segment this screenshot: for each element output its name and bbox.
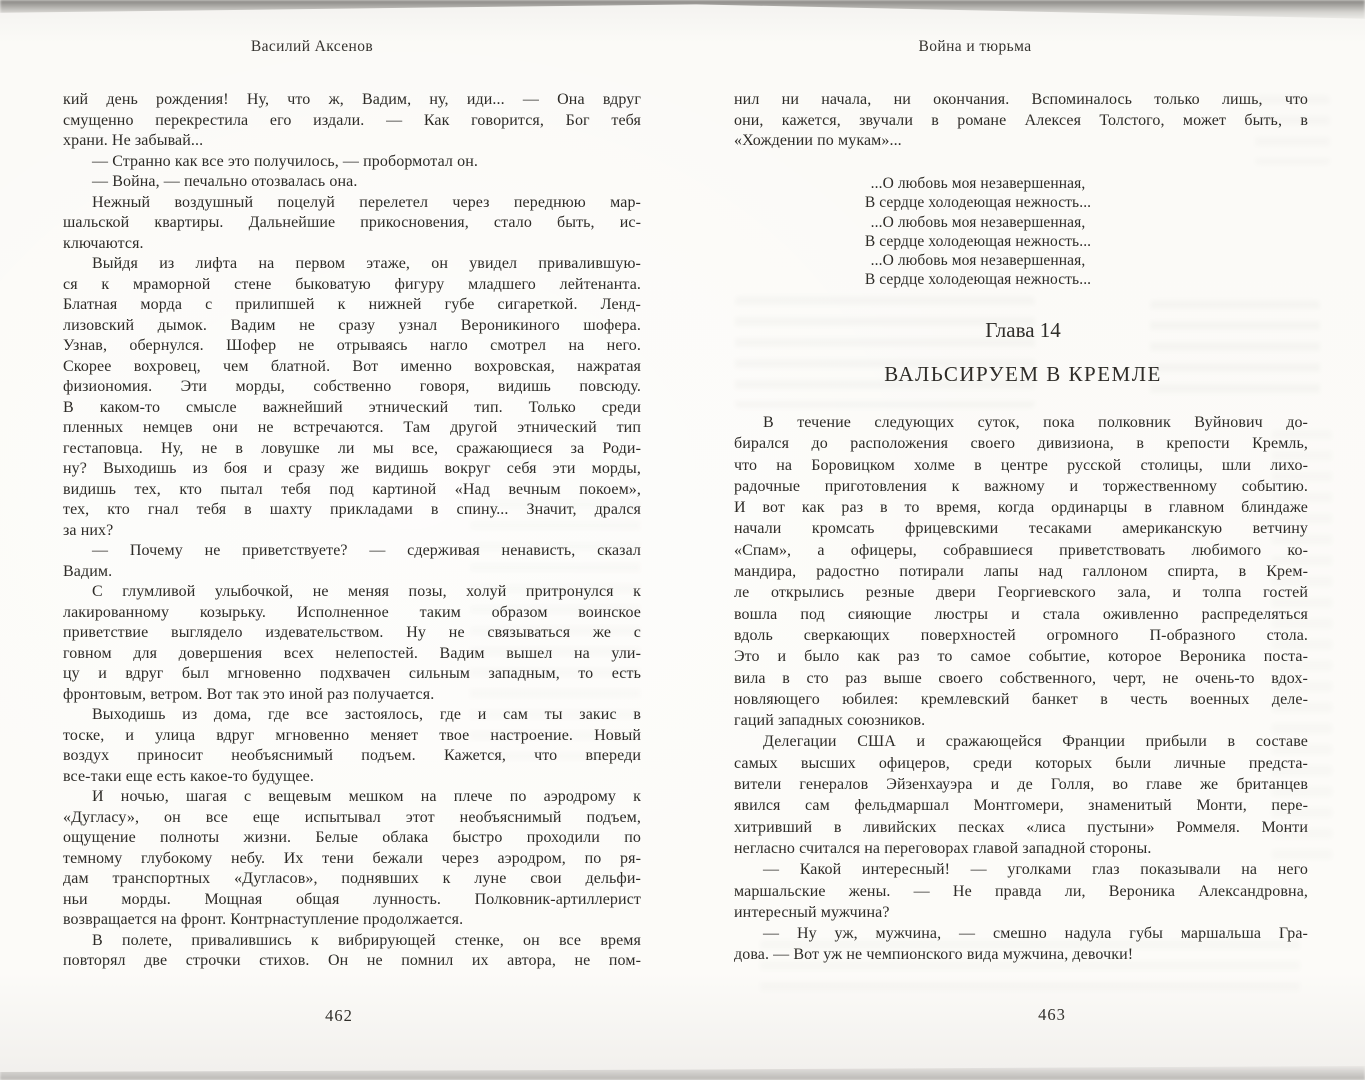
text-line: негласно считался на переговорах главой … bbox=[734, 838, 1308, 859]
scan-edge-bottom bbox=[0, 1064, 1365, 1080]
text-line: видишь тех, кто пытал тебя под картиной … bbox=[63, 480, 641, 501]
text-line: начали кромсать фрицевскими тесаками аме… bbox=[734, 518, 1308, 539]
text-line: они, кажется, звучали в романе Алексея Т… bbox=[734, 111, 1308, 132]
text-line: смущенно перекрестила его издали. — Как … bbox=[63, 111, 641, 132]
text-line: «Спам», а офицеры, собравшиеся приветств… bbox=[734, 540, 1308, 561]
text-line: вдоль сверкающих поверхностей огромного … bbox=[734, 625, 1308, 646]
text-line: фронтовым, ветром. Вот так это иной раз … bbox=[63, 685, 641, 706]
text-line: тех, кто гнал тебя в шахту прикладами в … bbox=[63, 500, 641, 521]
text-line: Нежный воздушный поцелуй перелетел через… bbox=[63, 193, 641, 214]
text-line: В полете, привалившись к вибрирующей сте… bbox=[63, 931, 641, 952]
text-line: темному глубокому небу. Их тени бежали ч… bbox=[63, 849, 641, 870]
text-line: вила в сто раз выше своего собственного,… bbox=[734, 668, 1308, 689]
chapter-number-heading: Глава 14 bbox=[985, 318, 1061, 343]
text-line: пленных немцев они не встречаются. Там д… bbox=[63, 418, 641, 439]
poem-line: В сердце холодеющая нежность... bbox=[768, 270, 1188, 289]
text-line: дам транспортных «Дугласов», поднявших к… bbox=[63, 869, 641, 890]
text-line: «Хождении по мукам»... bbox=[734, 131, 1308, 152]
text-line: интересный мужчина? bbox=[734, 902, 1308, 923]
right-page-text-column: В течение следующих суток, пока полковни… bbox=[734, 412, 1308, 966]
left-page-text-column: кий день рождения! Ну, что ж, Вадим, ну,… bbox=[63, 90, 641, 972]
text-line: кий день рождения! Ну, что ж, Вадим, ну,… bbox=[63, 90, 641, 111]
running-header-author: Василий Аксенов bbox=[251, 38, 373, 56]
text-line: В каком-то смысле важнейший этнический т… bbox=[63, 398, 641, 419]
text-line: гаций западных союзников. bbox=[734, 710, 1308, 731]
text-line: вошла под сияющие люстры и стала оживлен… bbox=[734, 604, 1308, 625]
text-line: возвращается на фронт. Контрнаступление … bbox=[63, 910, 641, 931]
text-line: ощущение полноты жизни. Белые облака быс… bbox=[63, 828, 641, 849]
text-line: нил ни начала, ни окончания. Вспоминалос… bbox=[734, 90, 1308, 111]
text-line: воздух приносит необъяснимый подъем. Каж… bbox=[63, 746, 641, 767]
text-line: — Почему не приветствуете? — сдерживая н… bbox=[63, 541, 641, 562]
text-line: Скорее вохровец, чем блатной. Вот именно… bbox=[63, 357, 641, 378]
text-line: гестаповца. Ну, не в ловушке ли мы все, … bbox=[63, 439, 641, 460]
text-line: новляющего юбилея: кремлевский банкет в … bbox=[734, 689, 1308, 710]
text-line: все-таки еще есть какое-то будущее. bbox=[63, 767, 641, 788]
text-line: тоске, и улица вдруг мгновенно меняет тв… bbox=[63, 726, 641, 747]
scan-edge-top bbox=[0, 0, 1365, 22]
text-line: Выйдя из лифта на первом этаже, он увиде… bbox=[63, 254, 641, 275]
text-line: ле открылись резные двери Георгиевского … bbox=[734, 582, 1308, 603]
text-line: маршальские жены. — Не правда ли, Верони… bbox=[734, 881, 1308, 902]
verso-bleed-through bbox=[1150, 300, 1320, 395]
poem-line: ...О любовь моя незавершенная, bbox=[768, 174, 1188, 193]
text-line: бирался до расположения своего дивизиона… bbox=[734, 433, 1308, 454]
text-line: ну? Выходишь из боя и сразу же видишь во… bbox=[63, 459, 641, 480]
text-line: за них? bbox=[63, 521, 641, 542]
text-line: физиономия. Эти морды, собственно говоря… bbox=[63, 377, 641, 398]
text-line: «Дугласу», он все еще испытывал этот нео… bbox=[63, 808, 641, 829]
text-line: приветствие выглядело издевательством. Н… bbox=[63, 623, 641, 644]
page-number-left: 462 bbox=[325, 1006, 353, 1026]
text-line: И ночью, шагая с вещевым мешком на плече… bbox=[63, 787, 641, 808]
text-line: лизовский дымок. Вадим не сразу узнал Ве… bbox=[63, 316, 641, 337]
text-line: — Война, — печально отозвалась она. bbox=[63, 172, 641, 193]
text-line: — Странно как все это получилось, — проб… bbox=[63, 152, 641, 173]
text-line: В течение следующих суток, пока полковни… bbox=[734, 412, 1308, 433]
text-line: повторял две строчки стихов. Он не помни… bbox=[63, 951, 641, 972]
text-line: вители генералов Эйзенхауэра и де Голля,… bbox=[734, 774, 1308, 795]
text-line: радочные приготовления к важному и торже… bbox=[734, 476, 1308, 497]
text-line: Выходишь из дома, где все застоялось, гд… bbox=[63, 705, 641, 726]
poem-block: ...О любовь моя незавершенная,В сердце х… bbox=[768, 174, 1188, 290]
text-line: — Какой интересный! — уголками глаз пока… bbox=[734, 859, 1308, 880]
text-line: ся к мраморной стене быковатую фигуру мл… bbox=[63, 275, 641, 296]
running-header-book-title: Война и тюрьма bbox=[919, 38, 1032, 56]
text-line: Вадим. bbox=[63, 562, 641, 583]
text-line: шальской квартиры. Дальнейшие прикоснове… bbox=[63, 213, 641, 234]
text-line: что на Боровицком холме в центре русской… bbox=[734, 455, 1308, 476]
text-line: ключаются. bbox=[63, 234, 641, 255]
text-line: — Ну уж, мужчина, — смешно надула губы м… bbox=[734, 923, 1308, 944]
text-line: говном для довершения всех нелепостей. В… bbox=[63, 644, 641, 665]
text-line: цу и вдруг был мгновенно подхвачен сильн… bbox=[63, 664, 641, 685]
text-line: самых высших офицеров, среди которых был… bbox=[734, 753, 1308, 774]
text-line: хитривший в ливийских песках «лиса пусты… bbox=[734, 817, 1308, 838]
text-line: явился сам фельдмаршал Монтгомери, знаме… bbox=[734, 795, 1308, 816]
chapter-title-heading: ВАЛЬСИРУЕМ В КРЕМЛЕ bbox=[884, 362, 1162, 387]
text-line: храни. Не забывай... bbox=[63, 131, 641, 152]
page-number-right: 463 bbox=[1038, 1005, 1066, 1025]
poem-line: В сердце холодеющая нежность... bbox=[768, 232, 1188, 251]
poem-line: ...О любовь моя незавершенная, bbox=[768, 213, 1188, 232]
text-line: И вот как раз в то время, когда ординарц… bbox=[734, 497, 1308, 518]
poem-line: ...О любовь моя незавершенная, bbox=[768, 251, 1188, 270]
text-line: Узнав, обернулся. Шофер не отрываясь наг… bbox=[63, 336, 641, 357]
text-line: С глумливой улыбочкой, не меняя позы, хо… bbox=[63, 582, 641, 603]
text-line: Блатная морда с прилипшей к нижней губе … bbox=[63, 295, 641, 316]
poem-line: В сердце холодеющая нежность... bbox=[768, 193, 1188, 212]
text-line: ньи морды. Мощная общая лунность. Полков… bbox=[63, 890, 641, 911]
text-line: Делегации США и сражающейся Франции приб… bbox=[734, 731, 1308, 752]
text-line: лакированному козырьку. Исполненное таки… bbox=[63, 603, 641, 624]
right-page-intro-column: нил ни начала, ни окончания. Вспоминалос… bbox=[734, 90, 1308, 152]
text-line: Это и было как раз то самое событие, кот… bbox=[734, 646, 1308, 667]
verso-bleed-through bbox=[735, 296, 1035, 408]
text-line: дова. — Вот уж не чемпионского вида мужч… bbox=[734, 944, 1308, 965]
text-line: мандира, радостно потирали лапы над галл… bbox=[734, 561, 1308, 582]
